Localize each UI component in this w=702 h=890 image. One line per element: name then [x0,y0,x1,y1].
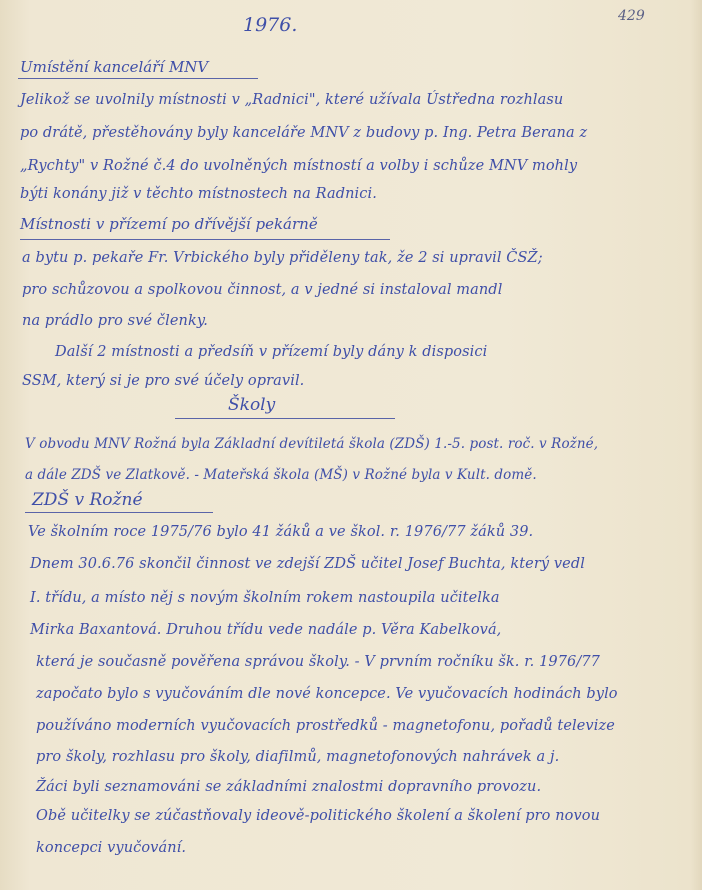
text-line: býti konány již v těchto místnostech na … [20,186,377,202]
text-line: pro schůzovou a spolkovou činnost, a v j… [22,282,502,298]
text-line: Ve školním roce 1975/76 bylo 41 žáků a v… [28,524,533,540]
section-heading: ZDŠ v Rožné [32,490,143,510]
section-heading: Školy [228,395,275,415]
text-line: I. třídu, a místo něj s novým školním ro… [30,590,500,606]
heading-underline [18,78,258,79]
text-line: která je současně pověřena správou školy… [36,654,600,670]
text-line: Dnem 30.6.76 skončil činnost ve zdejší Z… [30,556,585,572]
text-line: na prádlo pro své členky. [22,313,208,329]
chronicle-page: 1976. 429 Umístění kanceláří MNV Jelikož… [0,0,702,890]
section-heading: Místnosti v přízemí po dřívější pekárně [20,215,318,233]
text-line: pro školy, rozhlasu pro školy, diafilmů,… [36,749,559,765]
heading-underline [175,418,395,419]
text-line: koncepci vyučování. [36,840,186,856]
heading-underline [20,239,390,240]
page-year: 1976. [243,14,297,36]
text-line: a bytu p. pekaře Fr. Vrbického byly přid… [22,250,543,266]
text-line: Žáci byli seznamováni se základními znal… [36,779,541,795]
text-line: SSM, který si je pro své účely opravil. [22,373,304,389]
text-line: používáno moderních vyučovacích prostřed… [36,718,615,734]
text-line: Další 2 místnosti a předsíň v přízemí by… [55,344,487,360]
text-line: započato bylo s vyučováním dle nové konc… [36,686,618,702]
heading-underline [25,512,213,513]
text-line: a dále ZDŠ ve Zlatkově. - Mateřská škola… [25,467,537,483]
text-line: po drátě, přestěhovány byly kanceláře MN… [20,125,587,141]
text-line: Obě učitelky se zúčastňovaly ideově-poli… [36,808,600,824]
text-line: Mirka Baxantová. Druhou třídu vede nadál… [30,622,501,638]
page-number: 429 [618,8,645,24]
text-line: „Rychty" v Rožné č.4 do uvolněných místn… [20,158,577,174]
section-heading: Umístění kanceláří MNV [20,58,208,76]
text-line: Jelikož se uvolnily místnosti v „Radnici… [20,92,563,108]
text-line: V obvodu MNV Rožná byla Základní devítil… [25,436,598,452]
